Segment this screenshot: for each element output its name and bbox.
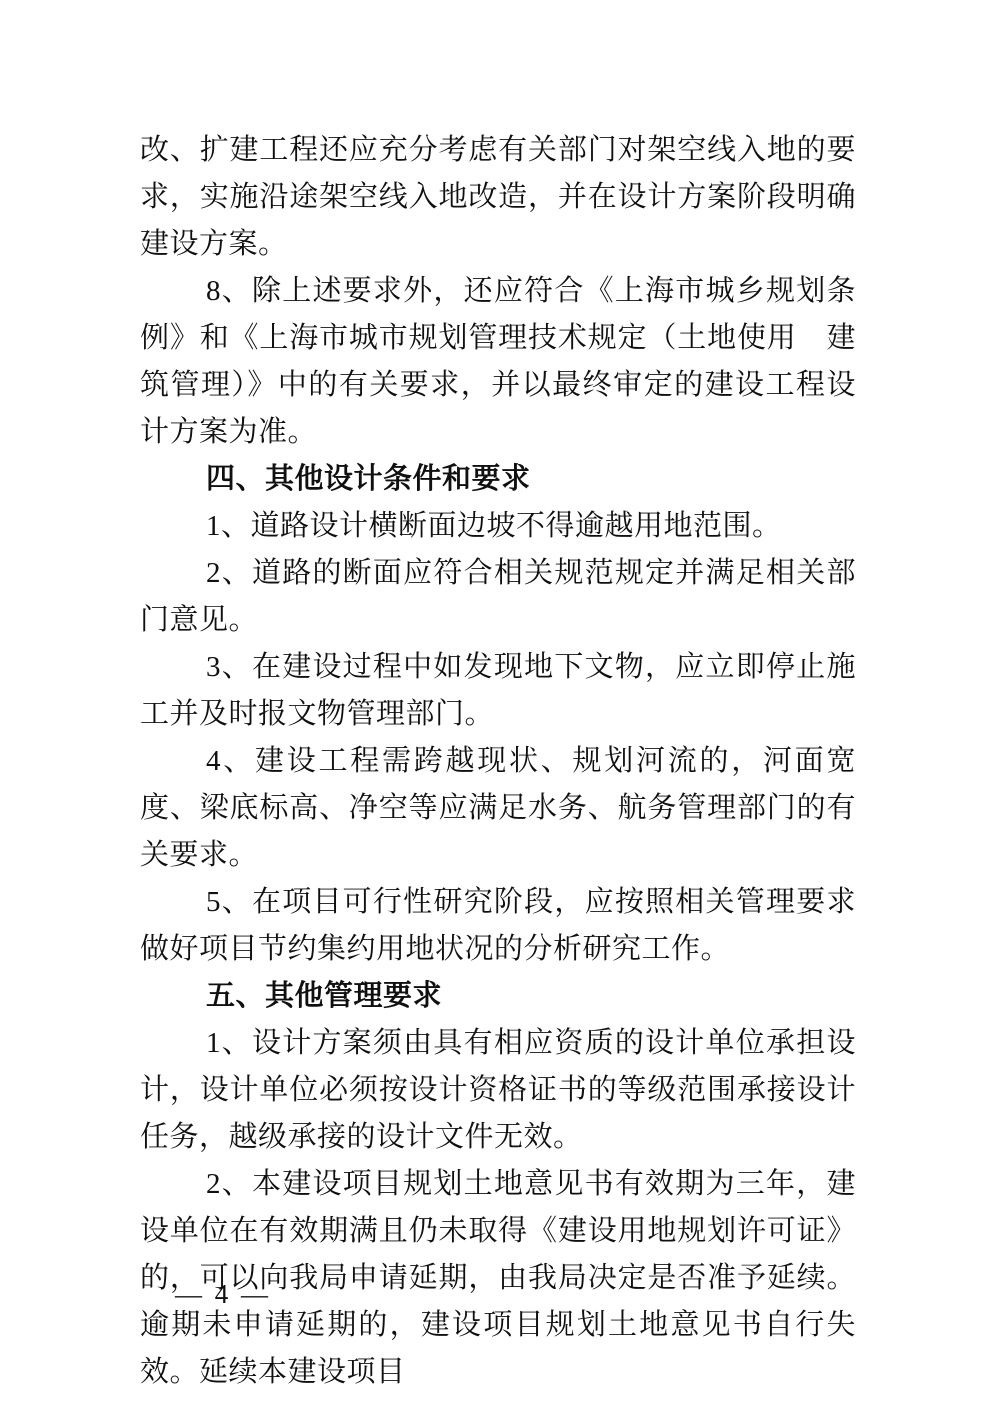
paragraph-item-5: 5、在项目可行性研究阶段，应按照相关管理要求做好项目节约集约用地状况的分析研究工… [140, 879, 856, 973]
page-number: — 4 — [175, 1278, 271, 1310]
section-heading-4: 四、其他设计条件和要求 [140, 456, 856, 503]
paragraph-continuation: 改、扩建工程还应充分考虑有关部门对架空线入地的要求，实施沿途架空线入地改造，并在… [140, 127, 856, 268]
paragraph-item-1: 1、道路设计横断面边坡不得逾越用地范围。 [140, 503, 856, 550]
document-body: 改、扩建工程还应充分考虑有关部门对架空线入地的要求，实施沿途架空线入地改造，并在… [140, 127, 856, 1396]
section-heading-5: 五、其他管理要求 [140, 973, 856, 1020]
paragraph-item-2: 2、道路的断面应符合相关规范规定并满足相关部门意见。 [140, 550, 856, 644]
paragraph-item-3: 3、在建设过程中如发现地下文物，应立即停止施工并及时报文物管理部门。 [140, 644, 856, 738]
paragraph-mgmt-item-1: 1、设计方案须由具有相应资质的设计单位承担设计，设计单位必须按设计资格证书的等级… [140, 1020, 856, 1161]
document-page: 改、扩建工程还应充分考虑有关部门对架空线入地的要求，实施沿途架空线入地改造，并在… [0, 0, 992, 1403]
paragraph-item-4: 4、建设工程需跨越现状、规划河流的，河面宽度、梁底标高、净空等应满足水务、航务管… [140, 738, 856, 879]
paragraph-item-8: 8、除上述要求外，还应符合《上海市城乡规划条例》和《上海市城市规划管理技术规定（… [140, 268, 856, 456]
